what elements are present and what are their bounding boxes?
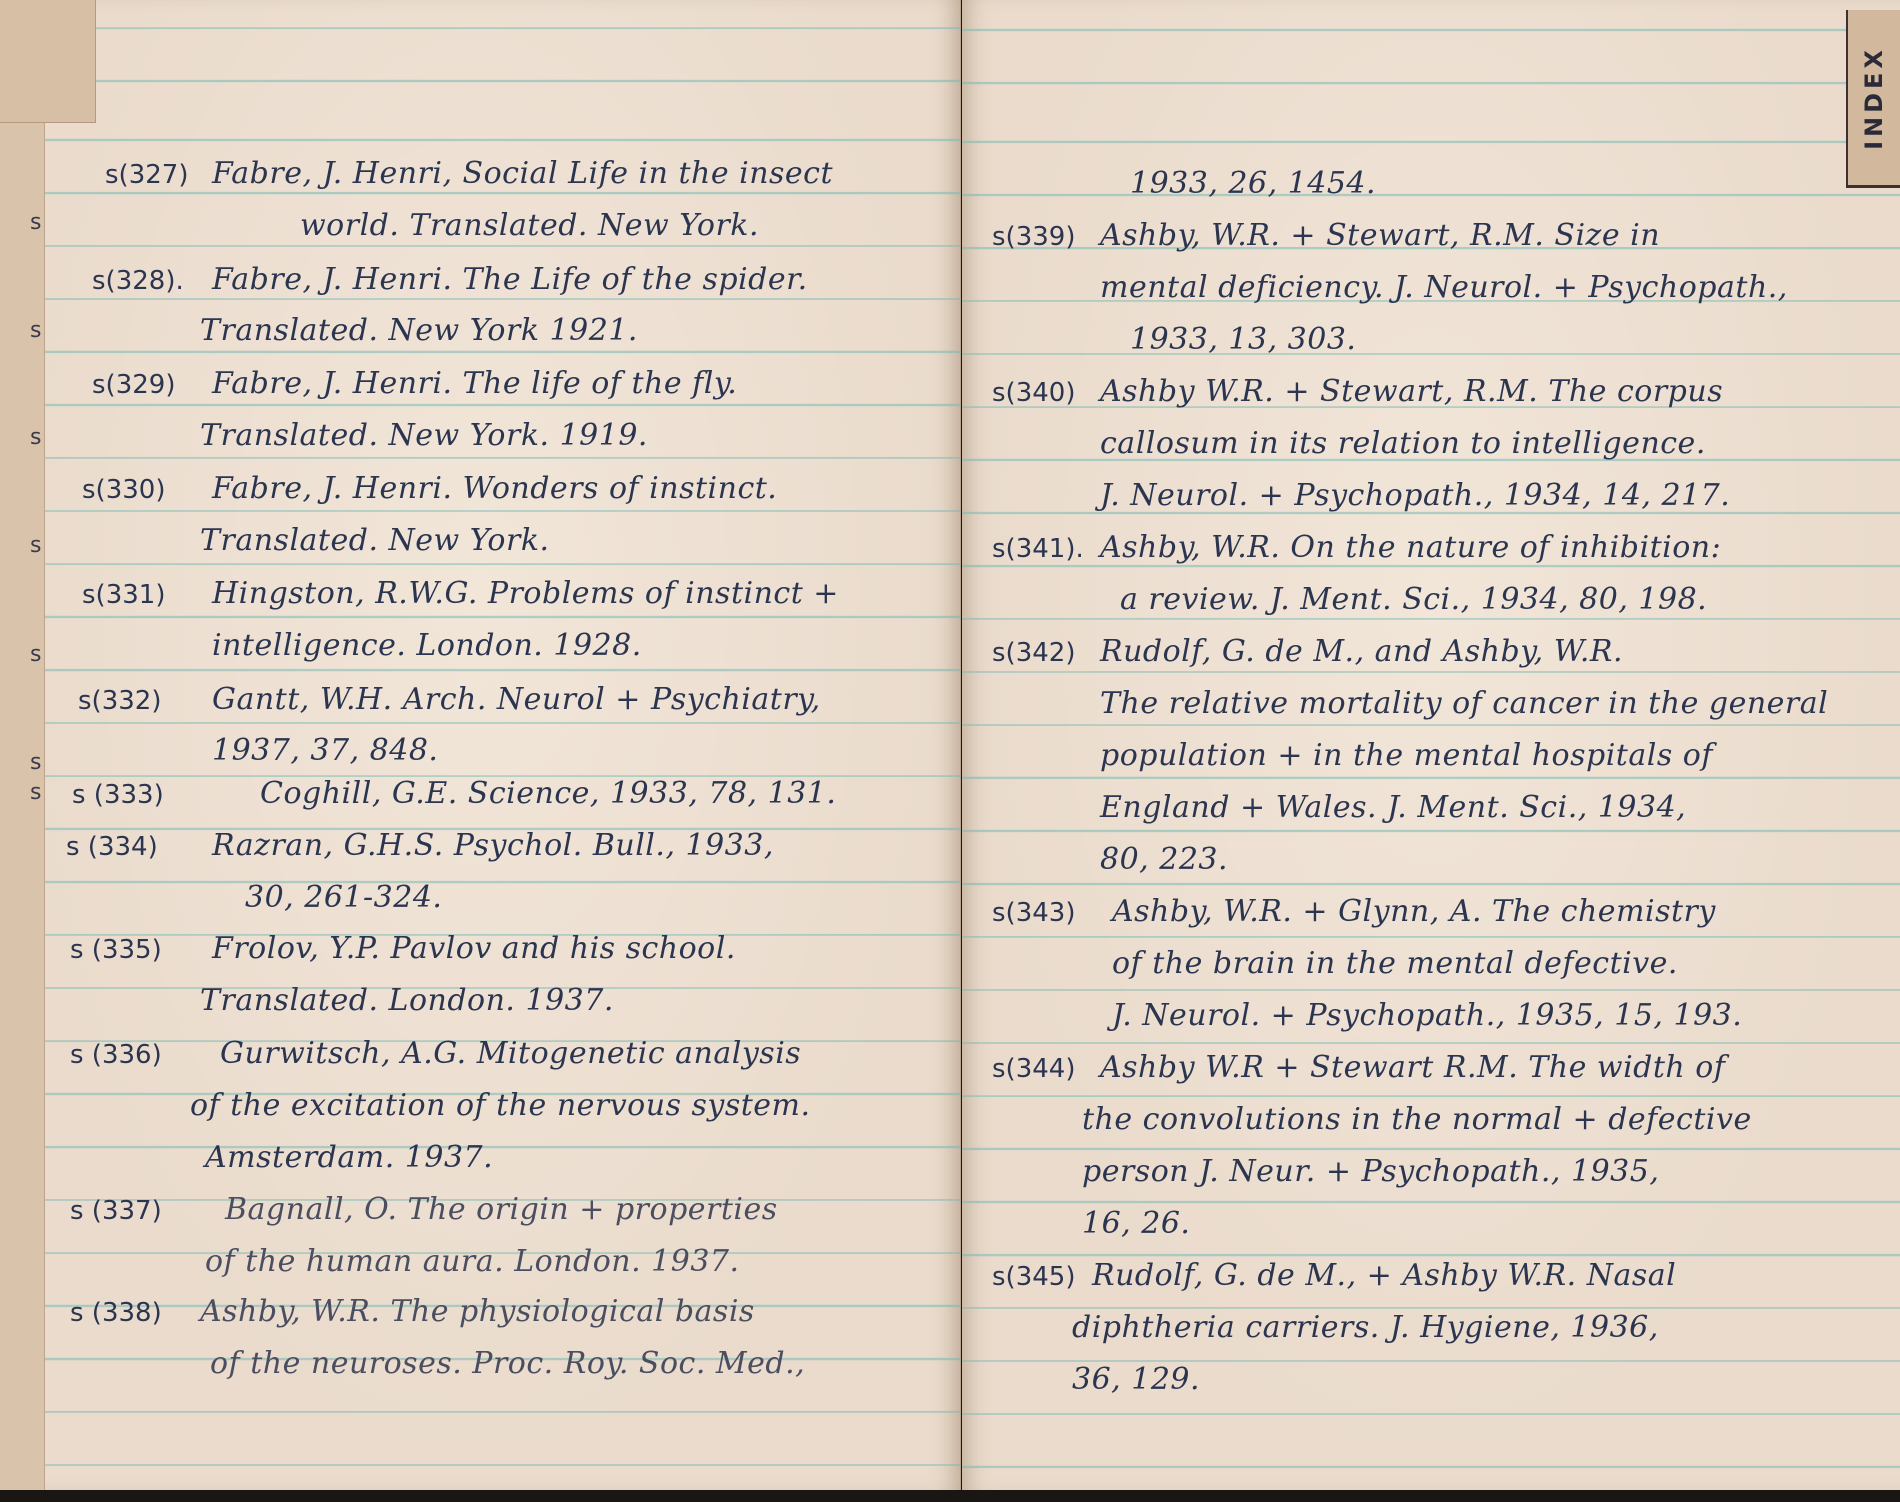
entry-line: J. Neurol. + Psychopath., 1935, 15, 193. (1112, 998, 1742, 1033)
entry-line: diphtheria carriers. J. Hygiene, 1936, (1072, 1310, 1659, 1345)
entry-line: The relative mortality of cancer in the … (1100, 686, 1828, 721)
entry-line: world. Translated. New York. (300, 208, 759, 243)
entry-line: Fabre, J. Henri, Social Life in the inse… (212, 156, 833, 191)
entry-line: of the brain in the mental defective. (1112, 946, 1678, 981)
entry-line: Ashby W.R + Stewart R.M. The width of (1100, 1050, 1725, 1085)
entry-ref: s(328). (92, 266, 184, 296)
entry-line: 1933, 13, 303. (1130, 322, 1356, 357)
right-entries: 1933, 26, 1454. s(339) Ashby, W.R. + Ste… (962, 0, 1900, 1490)
entry-ref: s (336) (70, 1040, 162, 1070)
entry-ref: s (335) (70, 935, 162, 965)
entry-line: Hingston, R.W.G. Problems of instinct + (212, 576, 839, 611)
entry-ref: s(342) (992, 638, 1075, 668)
open-notebook: s s s s s s s s(327) Fabre, J. Henri, So… (0, 0, 1900, 1490)
entry-line: callosum in its relation to intelligence… (1100, 426, 1706, 461)
entry-ref: s (338) (70, 1298, 162, 1328)
entry-ref: s(343) (992, 898, 1075, 928)
entry-line: Ashby, W.R. + Glynn, A. The chemistry (1112, 894, 1716, 929)
entry-line: 16, 26. (1082, 1206, 1190, 1241)
entry-line: of the excitation of the nervous system. (190, 1088, 811, 1123)
entry-ref: s(330) (82, 475, 165, 505)
entry-line: Rudolf, G. de M., + Ashby W.R. Nasal (1092, 1258, 1676, 1293)
entry-line: Gantt, W.H. Arch. Neurol + Psychiatry, (212, 682, 821, 717)
entry-ref: s(327) (105, 160, 188, 190)
entry-line: Translated. New York 1921. (200, 313, 638, 348)
entry-ref: s(332) (78, 686, 161, 716)
entry-line: Frolov, Y.P. Pavlov and his school. (212, 931, 736, 966)
entry-line: of the human aura. London. 1937. (205, 1244, 740, 1279)
left-page: s s s s s s s s(327) Fabre, J. Henri, So… (0, 0, 961, 1490)
entry-line: J. Neurol. + Psychopath., 1934, 14, 217. (1100, 478, 1730, 513)
entry-ref: s(341). (992, 534, 1084, 564)
entry-line: of the neuroses. Proc. Roy. Soc. Med., (210, 1346, 805, 1381)
entry-ref: s (334) (66, 832, 158, 862)
entry-line: 80, 223. (1100, 842, 1228, 877)
entry-ref: s (333) (72, 780, 164, 810)
entry-line: the convolutions in the normal + defecti… (1082, 1102, 1752, 1137)
entry-line: Fabre, J. Henri. Wonders of instinct. (212, 471, 777, 506)
entry-line: Translated. London. 1937. (200, 983, 614, 1018)
entry-line: Ashby, W.R. On the nature of inhibition: (1100, 530, 1721, 565)
entry-line: Ashby W.R. + Stewart, R.M. The corpus (1100, 374, 1723, 409)
entry-ref: s (337) (70, 1196, 162, 1226)
entry-line: Ashby, W.R. The physiological basis (200, 1294, 755, 1329)
entry-line: 30, 261-324. (245, 880, 442, 915)
left-entries: s(327) Fabre, J. Henri, Social Life in t… (0, 0, 960, 1490)
entry-ref: s(340) (992, 378, 1075, 408)
entry-line: 1937, 37, 848. (212, 733, 438, 768)
entry-line: person J. Neur. + Psychopath., 1935, (1082, 1154, 1659, 1189)
entry-line: mental deficiency. J. Neurol. + Psychopa… (1100, 270, 1788, 305)
entry-line: Amsterdam. 1937. (205, 1140, 493, 1175)
entry-line: Fabre, J. Henri. The Life of the spider. (212, 262, 808, 297)
entry-line: Rudolf, G. de M., and Ashby, W.R. (1100, 634, 1623, 669)
entry-ref: s(345) (992, 1262, 1075, 1292)
entry-line: a review. J. Ment. Sci., 1934, 80, 198. (1120, 582, 1707, 617)
entry-ref: s(344) (992, 1054, 1075, 1084)
entry-line: Ashby, W.R. + Stewart, R.M. Size in (1100, 218, 1660, 253)
entry-ref: s(331) (82, 580, 165, 610)
entry-line: 36, 129. (1072, 1362, 1200, 1397)
entry-line: Translated. New York. (200, 523, 550, 558)
entry-line: Bagnall, O. The origin + properties (225, 1192, 778, 1227)
entry-ref: s(329) (92, 370, 175, 400)
entry-line: intelligence. London. 1928. (212, 628, 642, 663)
entry-ref: s(339) (992, 222, 1075, 252)
right-page: INDEX 1933, 26, 1454. s(339) Ashby, W.R.… (962, 0, 1900, 1490)
entry-line: Razran, G.H.S. Psychol. Bull., 1933, (212, 828, 774, 863)
entry-continuation: 1933, 26, 1454. (1130, 166, 1376, 201)
entry-line: Fabre, J. Henri. The life of the fly. (212, 366, 737, 401)
entry-line: Translated. New York. 1919. (200, 418, 648, 453)
entry-line: population + in the mental hospitals of (1100, 738, 1713, 773)
entry-line: Coghill, G.E. Science, 1933, 78, 131. (260, 776, 836, 811)
entry-line: England + Wales. J. Ment. Sci., 1934, (1100, 790, 1686, 825)
entry-line: Gurwitsch, A.G. Mitogenetic analysis (220, 1036, 801, 1071)
